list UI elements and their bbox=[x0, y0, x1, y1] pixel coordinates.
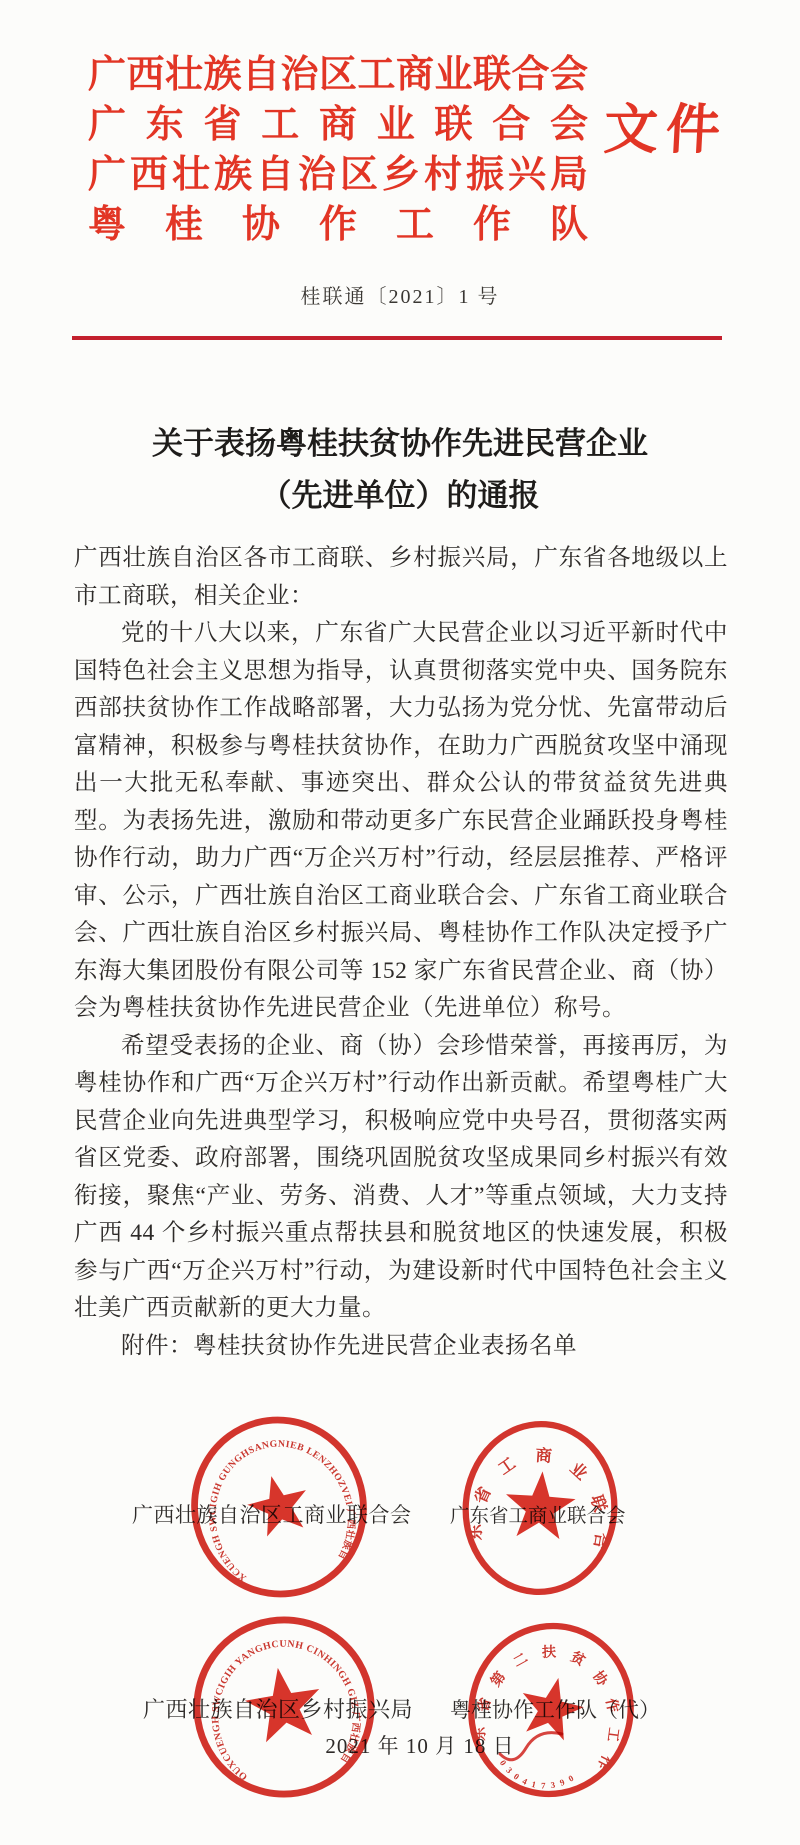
document-date: 2021 年 10 月 18 日 bbox=[20, 1730, 800, 1760]
attachment-line: 附件：粤桂扶贫协作先进民营企业表扬名单 bbox=[74, 1328, 728, 1366]
letterhead-org-4: 粤桂协作工作队 bbox=[88, 200, 588, 250]
signature-org-gx-rural: 广西壮族自治区乡村振兴局 bbox=[143, 1693, 413, 1724]
pen-mark bbox=[496, 1728, 566, 1770]
letterhead-org-1: 广西壮族自治区工商业联合会 bbox=[88, 50, 588, 100]
salutation: 广西壮族自治区各市工商联、乡村振兴局，广东省各地级以上市工商联，相关企业： bbox=[74, 540, 728, 615]
seal-ring-text: 广东省工商业联合会 bbox=[464, 1441, 617, 1551]
official-document-page: 广西壮族自治区工商业联合会 广东省工商业联合会 广西壮族自治区乡村振兴局 粤桂协… bbox=[0, 0, 800, 1845]
document-title-line-1: 关于表扬粤桂扶贫协作先进民营企业 bbox=[0, 418, 800, 470]
letterhead-org-2: 广东省工商业联合会 bbox=[88, 100, 588, 150]
letterhead: 广西壮族自治区工商业联合会 广东省工商业联合会 广西壮族自治区乡村振兴局 粤桂协… bbox=[88, 50, 588, 250]
document-banner-label: 文件 bbox=[602, 100, 755, 160]
signature-org-yuegui-team: 粤桂协作工作队（代） bbox=[450, 1694, 660, 1724]
letterhead-org-3: 广西壮族自治区乡村振兴局 bbox=[88, 150, 588, 200]
body-paragraph-1: 党的十八大以来，广东省广大民营企业以习近平新时代中国特色社会主义思想为指导，认真… bbox=[74, 615, 728, 1028]
body-paragraph-2: 希望受表扬的企业、商（协）会珍惜荣誉，再接再厉，为粤桂协作和广西“万企兴万村”行… bbox=[74, 1028, 728, 1328]
document-number: 桂联通〔2021〕1 号 bbox=[0, 280, 800, 309]
red-divider-rule bbox=[72, 336, 722, 340]
document-body: 广西壮族自治区各市工商联、乡村振兴局，广东省各地级以上市工商联，相关企业： 党的… bbox=[74, 540, 728, 1365]
signature-org-gx-fic: 广西壮族自治区工商业联合会 bbox=[132, 1499, 412, 1529]
signature-org-gd-fic: 广东省工商业联合会 bbox=[450, 1500, 626, 1528]
document-title: 关于表扬粤桂扶贫协作先进民营企业 （先进单位）的通报 bbox=[0, 418, 800, 522]
document-title-line-2: （先进单位）的通报 bbox=[0, 470, 800, 522]
